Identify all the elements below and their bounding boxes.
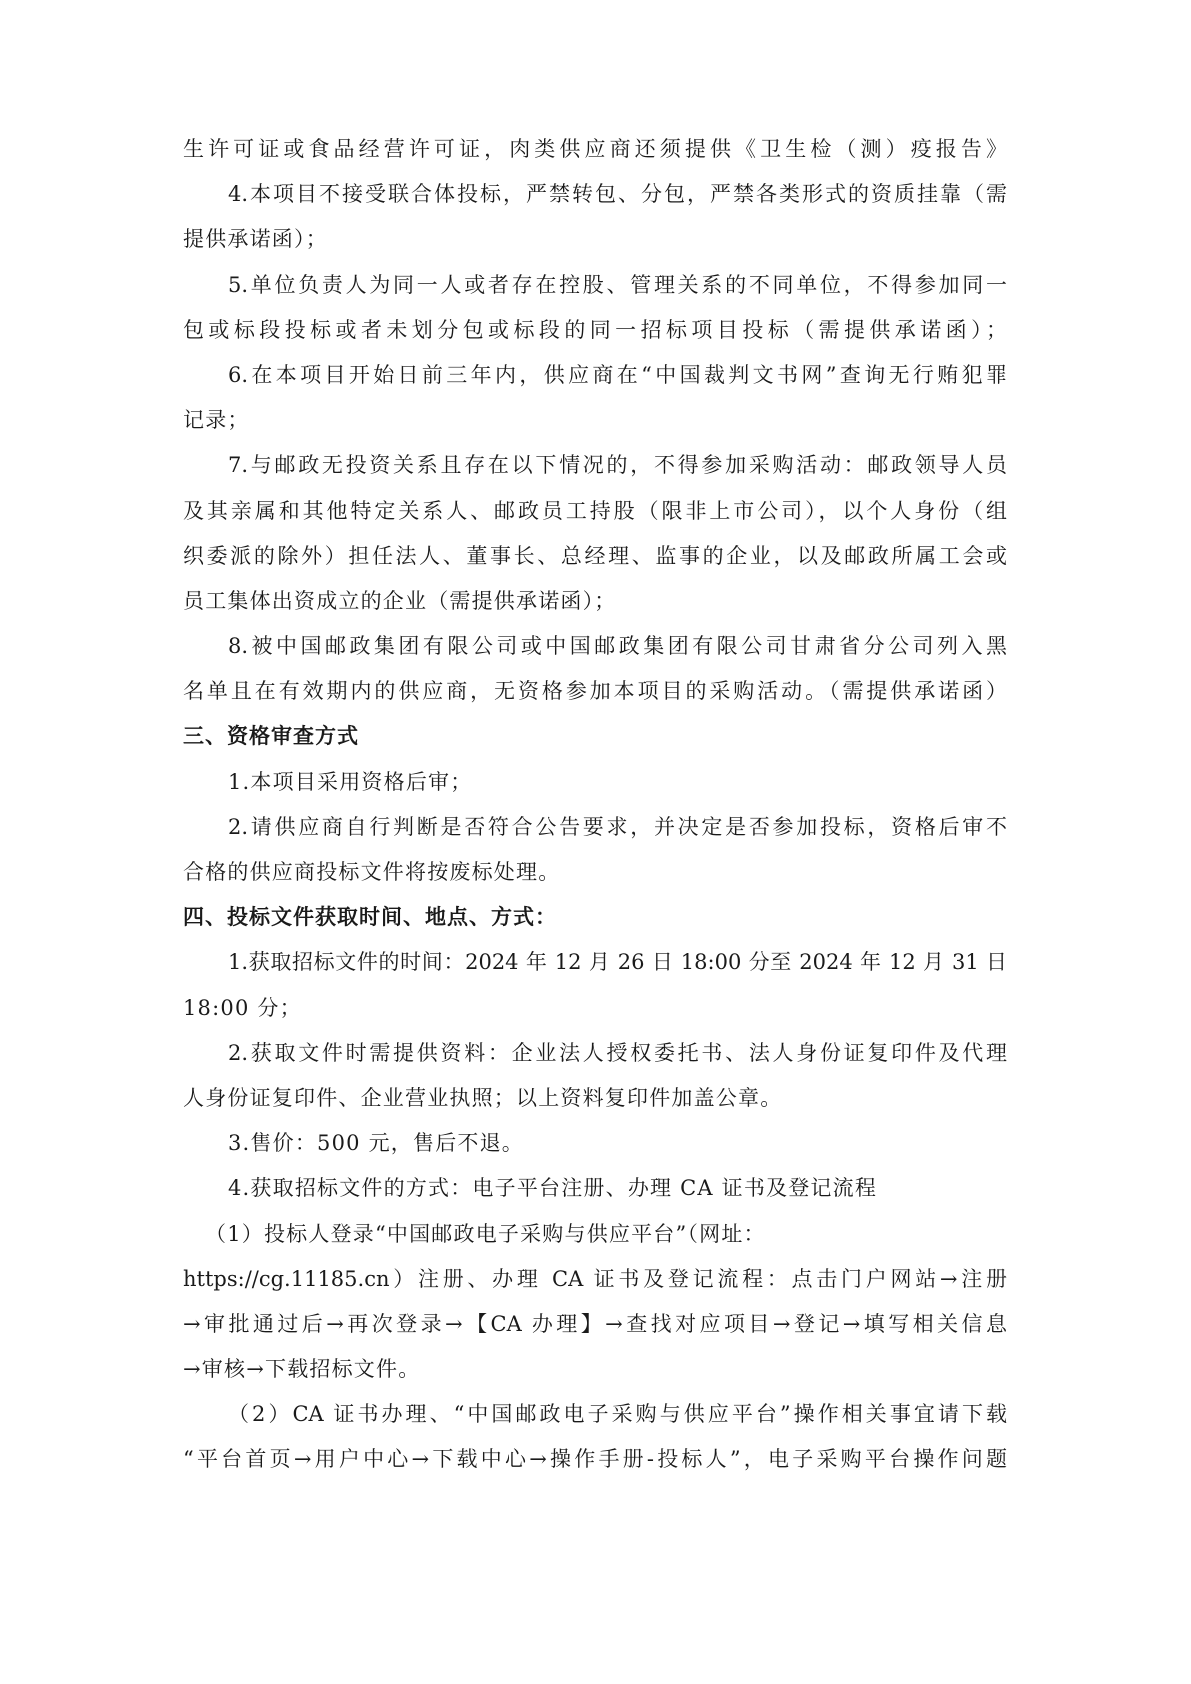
paragraph-line: 包或标段投标或者未划分包或标段的同一招标项目投标（需提供承诺函）； — [183, 308, 1007, 353]
paragraph-line: （1）投标人登录“中国邮政电子采购与供应平台”（网址： — [183, 1212, 1007, 1257]
section-heading-bid-document-acquisition: 四、投标文件获取时间、地点、方式： — [183, 895, 1007, 940]
paragraph-line: 人身份证复印件、企业营业执照；以上资料复印件加盖公章。 — [183, 1076, 1007, 1121]
paragraph-line: 1.获取招标文件的时间：2024 年 12 月 26 日 18:00 分至 20… — [183, 940, 1007, 985]
requirement-item-4: 4.本项目不接受联合体投标，严禁转包、分包，严禁各类形式的资质挂靠（需 提供承诺… — [183, 172, 1007, 262]
paragraph-line: 4.获取招标文件的方式：电子平台注册、办理 CA 证书及登记流程 — [183, 1166, 1007, 1211]
paragraph-line: 18:00 分； — [183, 986, 1007, 1031]
requirement-item-5: 5.单位负责人为同一人或者存在控股、管理关系的不同单位，不得参加同一 包或标段投… — [183, 263, 1007, 353]
paragraph-line: 员工集体出资成立的企业（需提供承诺函）； — [183, 579, 1007, 624]
acquisition-item-2: 2.获取文件时需提供资料：企业法人授权委托书、法人身份证复印件及代理 人身份证复… — [183, 1031, 1007, 1121]
paragraph-line: 及其亲属和其他特定关系人、邮政员工持股（限非上市公司），以个人身份（组 — [183, 489, 1007, 534]
paragraph-line: “平台首页→用户中心→下载中心→操作手册-投标人”，电子采购平台操作问题 — [183, 1437, 1007, 1482]
paragraph-line: →审批通过后→再次登录→【CA 办理】→查找对应项目→登记→填写相关信息 — [183, 1302, 1007, 1347]
paragraph-line: 6.在本项目开始日前三年内，供应商在“中国裁判文书网”查询无行贿犯罪 — [183, 353, 1007, 398]
section-heading-qualification-review: 三、资格审查方式 — [183, 714, 1007, 759]
requirement-item-8: 8.被中国邮政集团有限公司或中国邮政集团有限公司甘肃省分公司列入黑 名单且在有效… — [183, 624, 1007, 714]
paragraph-line: 织委派的除外）担任法人、董事长、总经理、监事的企业，以及邮政所属工会或 — [183, 534, 1007, 579]
requirement-item-7: 7.与邮政无投资关系且存在以下情况的，不得参加采购活动：邮政领导人员 及其亲属和… — [183, 443, 1007, 624]
acquisition-item-1: 1.获取招标文件的时间：2024 年 12 月 26 日 18:00 分至 20… — [183, 940, 1007, 1030]
paragraph-line: 7.与邮政无投资关系且存在以下情况的，不得参加采购活动：邮政领导人员 — [183, 443, 1007, 488]
paragraph-line: 3.售价：500 元，售后不退。 — [183, 1121, 1007, 1166]
review-item-2: 2.请供应商自行判断是否符合公告要求，并决定是否参加投标，资格后审不 合格的供应… — [183, 805, 1007, 895]
paragraph-line: 合格的供应商投标文件将按废标处理。 — [183, 850, 1007, 895]
paragraph-line: 4.本项目不接受联合体投标，严禁转包、分包，严禁各类形式的资质挂靠（需 — [183, 172, 1007, 217]
paragraph-line: 记录； — [183, 398, 1007, 443]
paragraph-line: 名单且在有效期内的供应商，无资格参加本项目的采购活动。（需提供承诺函） — [183, 669, 1007, 714]
paragraph-line: 提供承诺函）； — [183, 217, 1007, 262]
paragraph-line: （2）CA 证书办理、“中国邮政电子采购与供应平台”操作相关事宜请下载 — [183, 1392, 1007, 1437]
paragraph-line: →审核→下载招标文件。 — [183, 1347, 1007, 1392]
paragraph-line: 1.本项目采用资格后审； — [183, 760, 1007, 805]
platform-url-line: https://cg.11185.cn）注册、办理 CA 证书及登记流程：点击门… — [183, 1257, 1007, 1302]
review-item-1: 1.本项目采用资格后审； — [183, 760, 1007, 805]
paragraph-line: 2.获取文件时需提供资料：企业法人授权委托书、法人身份证复印件及代理 — [183, 1031, 1007, 1076]
paragraph-line: 2.请供应商自行判断是否符合公告要求，并决定是否参加投标，资格后审不 — [183, 805, 1007, 850]
paragraph-line: 8.被中国邮政集团有限公司或中国邮政集团有限公司甘肃省分公司列入黑 — [183, 624, 1007, 669]
document-page: 生许可证或食品经营许可证，肉类供应商还须提供《卫生检（测）疫报告》 4.本项目不… — [183, 127, 1007, 1483]
acquisition-item-3-price: 3.售价：500 元，售后不退。 — [183, 1121, 1007, 1166]
acquisition-item-4-method: 4.获取招标文件的方式：电子平台注册、办理 CA 证书及登记流程 — [183, 1166, 1007, 1211]
paragraph-line: 5.单位负责人为同一人或者存在控股、管理关系的不同单位，不得参加同一 — [183, 263, 1007, 308]
acquisition-subitem-2-ca-certificate: （2）CA 证书办理、“中国邮政电子采购与供应平台”操作相关事宜请下载 “平台首… — [183, 1392, 1007, 1482]
requirement-item-6: 6.在本项目开始日前三年内，供应商在“中国裁判文书网”查询无行贿犯罪 记录； — [183, 353, 1007, 443]
acquisition-subitem-1-registration: （1）投标人登录“中国邮政电子采购与供应平台”（网址： https://cg.1… — [183, 1212, 1007, 1393]
paragraph-continuation-line: 生许可证或食品经营许可证，肉类供应商还须提供《卫生检（测）疫报告》 — [183, 127, 1007, 172]
